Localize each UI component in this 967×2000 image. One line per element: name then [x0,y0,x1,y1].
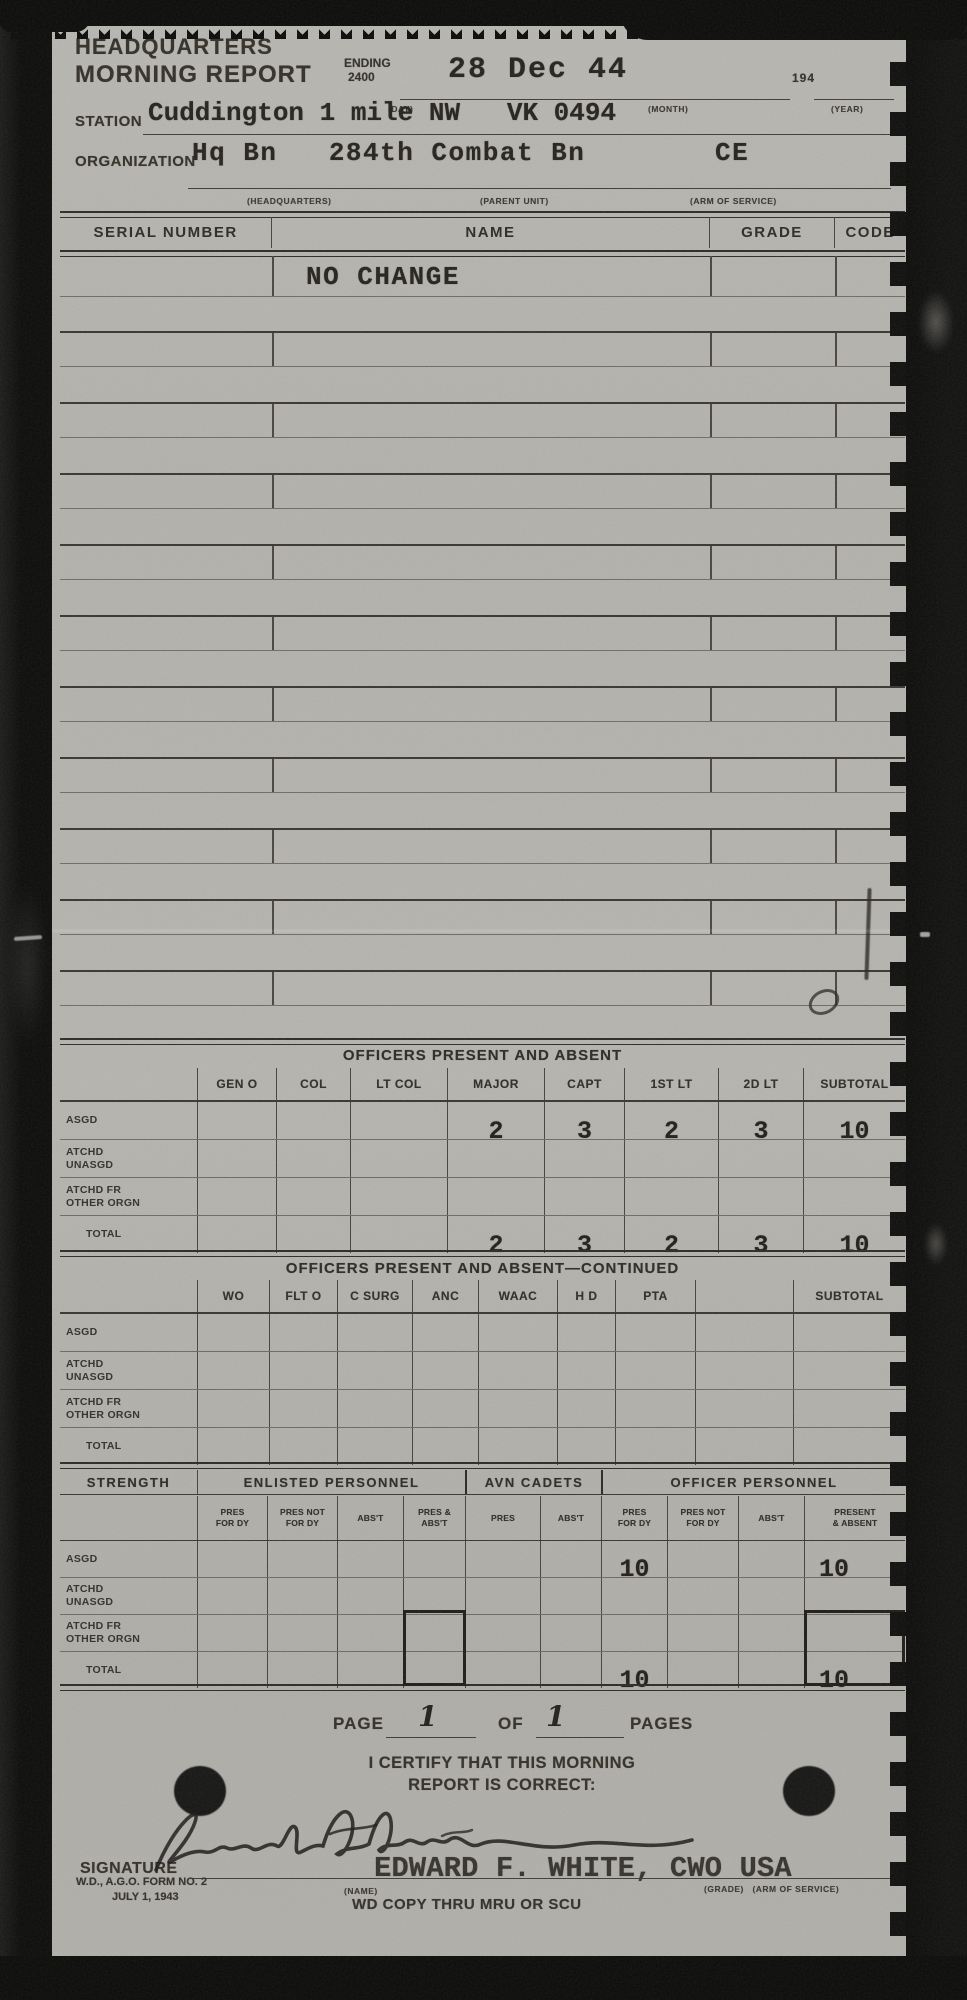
strength-r1-c5 [540,1578,601,1614]
continued-r0-c7 [695,1314,793,1351]
strength-bottom-rule [60,1684,905,1691]
strength-r0-c7 [667,1541,738,1577]
continued-r2-c3 [412,1390,478,1427]
officers-row-1: ATCHD UNASGD [60,1140,905,1178]
strength-r1-c7 [667,1578,738,1614]
strength-r0-c3 [403,1541,465,1577]
strength-r0-c2 [337,1541,403,1577]
roster-empty-row [60,402,905,438]
continued-r3-c0 [197,1428,269,1465]
strength-group-enlisted: ENLISTED PERSONNEL [197,1470,465,1494]
officers-r1-c2 [350,1140,447,1177]
officers-header-6: 1ST LT [624,1068,718,1100]
officers-r3-c2 [350,1216,447,1253]
strength-r2-c8 [738,1615,804,1651]
strength-r3-c7 [667,1652,738,1688]
continued-r2-c7 [695,1390,793,1427]
continued-r2-c0 [197,1390,269,1427]
strength-r0-c1 [267,1541,337,1577]
certify-line2: REPORT IS CORRECT: [302,1776,702,1795]
roster-empty-row [60,828,905,864]
officers-r1-c5 [624,1140,718,1177]
strength-header-5: PRES [465,1496,540,1540]
officers-r1-c3 [447,1140,544,1177]
roster-entry-row: NO CHANGE [60,256,905,297]
pages-label: PAGES [630,1714,693,1734]
cell-divider [272,404,274,437]
strength-r2-c2 [337,1615,403,1651]
officers-header-5: CAPT [544,1068,624,1100]
morning-report-scan: HEADQUARTERS MORNING REPORT ENDING 2400 … [0,0,967,2000]
strength-header-1: PRES FOR DY [197,1496,267,1540]
paper-crease [52,930,906,932]
continued-row-1: ATCHD UNASGD [60,1352,905,1390]
form-number: W.D., A.G.O. FORM NO. 2 [76,1876,207,1888]
strength-table: PRES FOR DYPRES NOT FOR DYABS'TPRES & AB… [60,1496,905,1688]
continued-r1-c2 [337,1352,412,1389]
continued-r1-c3 [412,1352,478,1389]
strength-r3-c5 [540,1652,601,1688]
cell-divider [710,256,712,296]
strength-r0-c5 [540,1541,601,1577]
strength-r3-c6: 10 [601,1652,667,1688]
continued-r0-c3 [412,1314,478,1351]
cell-divider [272,972,274,1005]
continued-r0-c5 [557,1314,615,1351]
cell-divider [835,688,837,721]
continued-header-1: WO [197,1280,269,1312]
continued-r1-c1 [269,1352,337,1389]
cell-divider [710,546,712,579]
strength-r3-c1 [267,1652,337,1688]
strength-r1-c0 [197,1578,267,1614]
cell-divider [835,617,837,650]
officers-r1-c6 [718,1140,803,1177]
officers-r0-c0 [197,1102,276,1139]
officers-r0-c3: 2 [447,1102,544,1139]
strength-r0-c0 [197,1541,267,1577]
strength-label-0: ASGD [60,1541,197,1577]
cell-divider [272,759,274,792]
strength-r0-c8 [738,1541,804,1577]
cell-divider [835,830,837,863]
of-label: OF [498,1714,524,1734]
officers-label-2: ATCHD FR OTHER ORGN [60,1178,197,1215]
strength-r3-c2 [337,1652,403,1688]
strength-group-avn-cadets: AVN CADETS [465,1470,601,1494]
continued-r2-c1 [269,1390,337,1427]
roster-empty-row [60,970,905,1006]
strength-r2-c0 [197,1615,267,1651]
officers-r2-c1 [276,1178,350,1215]
officers-header-4: MAJOR [447,1068,544,1100]
officers-header-3: LT COL [350,1068,447,1100]
strength-r1-c8 [738,1578,804,1614]
officers-r0-c6: 3 [718,1102,803,1139]
officers-header-row: GEN OCOLLT COLMAJORCAPT1ST LT2D LTSUBTOT… [60,1068,905,1102]
continued-top-rule [60,1250,905,1257]
strength-group-header: STRENGTH ENLISTED PERSONNEL AVN CADETS O… [60,1470,905,1495]
scan-speck [920,932,930,937]
scan-smudge [8,880,46,1050]
strength-r1-c3 [403,1578,465,1614]
certify-line1: I CERTIFY THAT THIS MORNING [302,1754,702,1773]
continued-r2-c6 [615,1390,695,1427]
pages-number-value: 1 [546,1700,565,1733]
officers-r2-c4 [544,1178,624,1215]
strength-header-3: ABS'T [337,1496,403,1540]
strength-r1-c1 [267,1578,337,1614]
scan-edge-bottom [0,1956,967,2000]
cell-divider [272,546,274,579]
officers-r3-c4: 3 [544,1216,624,1253]
strength-header-9: ABS'T [738,1496,804,1540]
continued-label-2: ATCHD FR OTHER ORGN [60,1390,197,1427]
continued-r0-c1 [269,1314,337,1351]
officers-top-rule [60,1038,905,1045]
strength-r1-c2 [337,1578,403,1614]
form-date: JULY 1, 1943 [112,1891,179,1903]
strength-top-rule [60,1462,905,1469]
strength-r1-c6 [601,1578,667,1614]
officers-r3-c6: 3 [718,1216,803,1253]
torn-edge-perforation [890,36,907,1956]
continued-r3-c8 [793,1428,905,1465]
officers-header-0 [60,1068,197,1100]
continued-label-1: ATCHD UNASGD [60,1352,197,1389]
officers-r3-c1 [276,1216,350,1253]
continued-r3-c7 [695,1428,793,1465]
cell-divider [835,256,837,296]
signature-script [142,1794,722,1889]
continued-header-5: WAAC [478,1280,557,1312]
roster-empty-row [60,331,905,367]
roster-empty-row [60,544,905,580]
continued-r3-c5 [557,1428,615,1465]
strength-r0-c4 [465,1541,540,1577]
strength-r3-c8 [738,1652,804,1688]
continued-r3-c4 [478,1428,557,1465]
strength-header-0 [60,1496,197,1540]
punch-hole-right [783,1766,835,1816]
strength-r2-c6 [601,1615,667,1651]
scan-smudge [924,1222,948,1266]
continued-row-0: ASGD [60,1314,905,1352]
pages-number-line [536,1737,624,1738]
officers-r0-c4: 3 [544,1102,624,1139]
strength-header-7: PRES FOR DY [601,1496,667,1540]
cell-divider [835,404,837,437]
officers-header-2: COL [276,1068,350,1100]
officers-r0-c1 [276,1102,350,1139]
roster-entry-no-change: NO CHANGE [306,262,460,292]
strength-group-officer: OFFICER PERSONNEL [601,1470,905,1494]
officers-label-1: ATCHD UNASGD [60,1140,197,1177]
officers-label-3: TOTAL [60,1216,197,1253]
officers-r0-c5: 2 [624,1102,718,1139]
officers-row-3: TOTAL232310 [60,1216,905,1253]
cell-divider [710,333,712,366]
officers-r2-c6 [718,1178,803,1215]
officers-r2-c2 [350,1178,447,1215]
roster-empty-row [60,615,905,651]
continued-r3-c3 [412,1428,478,1465]
officers-r3-c0 [197,1216,276,1253]
torn-edge-dip [620,0,967,40]
officers-r1-c0 [197,1140,276,1177]
continued-r1-c0 [197,1352,269,1389]
enlisted-total-emphasis-box [403,1610,466,1686]
continued-r1-c5 [557,1352,615,1389]
cell-divider [272,688,274,721]
strength-row-1: ATCHD UNASGD [60,1578,905,1615]
continued-header-4: ANC [412,1280,478,1312]
continued-r1-c7 [695,1352,793,1389]
continued-r2-c5 [557,1390,615,1427]
strength-label-2: ATCHD FR OTHER ORGN [60,1615,197,1651]
continued-r0-c6 [615,1314,695,1351]
cell-divider [835,759,837,792]
officers-row-0: ASGD232310 [60,1102,905,1140]
strength-r1-c4 [465,1578,540,1614]
strength-r3-c0 [197,1652,267,1688]
cell-divider [710,404,712,437]
strength-row-3: TOTAL1010 [60,1652,905,1688]
officers-label-0: ASGD [60,1102,197,1139]
strength-header-2: PRES NOT FOR DY [267,1496,337,1540]
officers-header-7: 2D LT [718,1068,803,1100]
strength-header-row: PRES FOR DYPRES NOT FOR DYABS'TPRES & AB… [60,1496,905,1541]
page-label: PAGE [333,1714,384,1734]
strength-row-0: ASGD1010 [60,1541,905,1578]
cell-divider [272,333,274,366]
continued-r0-c8 [793,1314,905,1351]
continued-header-8 [695,1280,793,1312]
strength-header-4: PRES & ABS'T [403,1496,465,1540]
officers-r1-c4 [544,1140,624,1177]
continued-header-9: SUBTOTAL [793,1280,905,1312]
page-number-line [386,1737,476,1738]
officers-r3-c3: 2 [447,1216,544,1253]
cell-divider [710,688,712,721]
continued-r1-c6 [615,1352,695,1389]
continued-header-2: FLT O [269,1280,337,1312]
officers-r2-c3 [447,1178,544,1215]
strength-r2-c4 [465,1615,540,1651]
cell-divider [835,333,837,366]
continued-header-0 [60,1280,197,1312]
continued-header-6: H D [557,1280,615,1312]
continued-r0-c4 [478,1314,557,1351]
cell-divider [272,617,274,650]
name-label: (NAME) [344,1886,378,1896]
strength-label-3: TOTAL [60,1652,197,1688]
strength-header-8: PRES NOT FOR DY [667,1496,738,1540]
officers-table: GEN OCOLLT COLMAJORCAPT1ST LT2D LTSUBTOT… [60,1068,905,1253]
continued-label-3: TOTAL [60,1428,197,1465]
strength-r3-c4 [465,1652,540,1688]
strength-group-strength: STRENGTH [60,1470,197,1494]
page-number-value: 1 [418,1700,437,1733]
continued-r2-c2 [337,1390,412,1427]
continued-r2-c8 [793,1390,905,1427]
roster-empty-row [60,686,905,722]
strength-r2-c5 [540,1615,601,1651]
continued-header-row: WOFLT OC SURGANCWAACH DPTASUBTOTAL [60,1280,905,1314]
continued-r3-c6 [615,1428,695,1465]
strength-r0-c6: 10 [601,1541,667,1577]
distribution-note: WD COPY THRU MRU OR SCU [352,1896,582,1913]
continued-r0-c0 [197,1314,269,1351]
strength-r2-c7 [667,1615,738,1651]
officers-row-2: ATCHD FR OTHER ORGN [60,1178,905,1216]
grade-arm-label: (GRADE) (ARM OF SERVICE) [704,1884,839,1894]
officers-r2-c0 [197,1178,276,1215]
roster-body: NO CHANGE [60,14,905,1044]
cell-divider [835,546,837,579]
officers-title: OFFICERS PRESENT AND ABSENT [60,1047,905,1064]
cell-divider [835,475,837,508]
cell-divider [710,830,712,863]
officers-header-1: GEN O [197,1068,276,1100]
paper: HEADQUARTERS MORNING REPORT ENDING 2400 … [52,14,906,1958]
officers-r2-c5 [624,1178,718,1215]
cell-divider [272,830,274,863]
continued-r3-c2 [337,1428,412,1465]
officers-r3-c5: 2 [624,1216,718,1253]
officers-r1-c1 [276,1140,350,1177]
strength-r2-c1 [267,1615,337,1651]
strength-label-1: ATCHD UNASGD [60,1578,197,1614]
officers-r0-c2 [350,1102,447,1139]
cell-divider [710,972,712,1005]
continued-header-7: PTA [615,1280,695,1312]
strength-header-6: ABS'T [540,1496,601,1540]
continued-header-3: C SURG [337,1280,412,1312]
cell-divider [710,617,712,650]
continued-title: OFFICERS PRESENT AND ABSENT—CONTINUED [60,1260,905,1277]
continued-row-3: TOTAL [60,1428,905,1465]
cell-divider [710,475,712,508]
torn-edge-dip-left [0,0,90,32]
continued-r0-c2 [337,1314,412,1351]
strength-row-2: ATCHD FR OTHER ORGN [60,1615,905,1652]
continued-r2-c4 [478,1390,557,1427]
roster-empty-row [60,757,905,793]
cell-divider [272,256,274,296]
continued-r1-c8 [793,1352,905,1389]
cell-divider [272,475,274,508]
scan-smudge [918,290,954,354]
continued-r3-c1 [269,1428,337,1465]
officers-continued-table: WOFLT OC SURGANCWAACH DPTASUBTOTALASGDAT… [60,1280,905,1465]
cell-divider [710,759,712,792]
continued-row-2: ATCHD FR OTHER ORGN [60,1390,905,1428]
continued-label-0: ASGD [60,1314,197,1351]
continued-r1-c4 [478,1352,557,1389]
roster-empty-row [60,473,905,509]
